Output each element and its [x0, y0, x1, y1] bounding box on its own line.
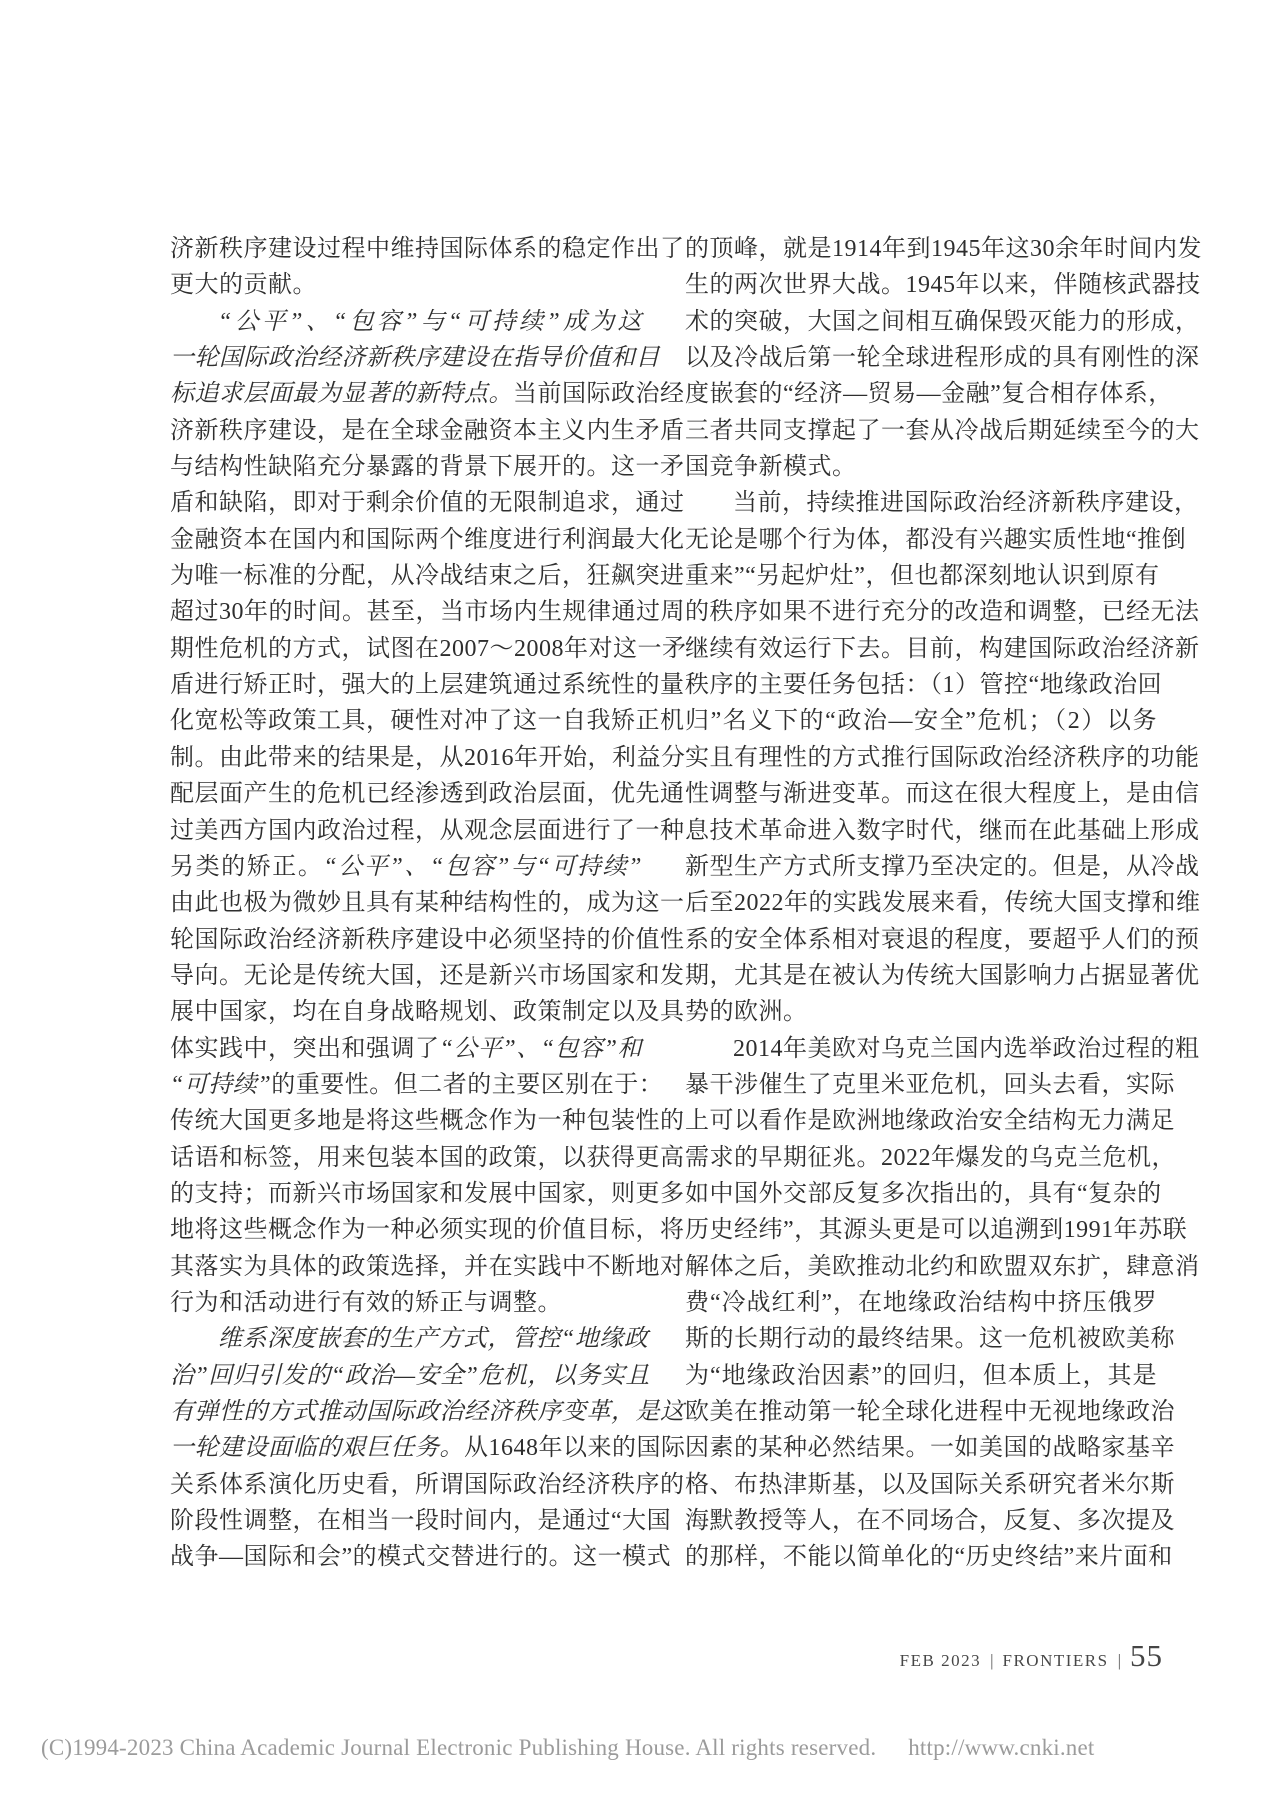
emphasis-text: “公平”、“包容”与“可持续” — [323, 854, 642, 880]
text-line: 济新秩序建设过程中维持国际体系的稳定作出了 — [170, 231, 642, 267]
text-line: 期，尤其是在被认为传统大国影响力占据显著优 — [685, 958, 1157, 994]
text-line: 盾和缺陷，即对于剩余价值的无限制追求，通过 — [170, 485, 642, 521]
text-line: 格、布热津斯基，以及国际关系研究者米尔斯 — [685, 1467, 1157, 1503]
text-line: 话语和标签，用来包装本国的政策，以获得更高 — [170, 1140, 642, 1176]
text-line: 暴干涉催生了克里米亚危机，回头去看，实际 — [685, 1067, 1157, 1103]
text-line: 的那样，不能以简单化的“历史终结”来片面和 — [685, 1539, 1157, 1575]
text-line: 为唯一标准的分配，从冷战结束之后，狂飙突进 — [170, 558, 642, 594]
text-line: 战争—国际和会”的模式交替进行的。这一模式 — [170, 1539, 642, 1575]
text-line: 与结构性缺陷充分暴露的背景下展开的。这一矛 — [170, 449, 642, 485]
text-line: 传统大国更多地是将这些概念作为一种包装性的 — [170, 1103, 642, 1139]
text-line: 盾进行矫正时，强大的上层建筑通过系统性的量 — [170, 667, 642, 703]
body-text: 当前国际政治经 — [513, 381, 685, 407]
text-line: 需求的早期征兆。2022年爆发的乌克兰危机， — [685, 1140, 1157, 1176]
body-text: 另类的矫正。 — [170, 854, 323, 880]
text-line: 三者共同支撑起了一套从冷战后期延续至今的大 — [685, 413, 1157, 449]
text-line: 历史经纬”，其源头更是可以追溯到1991年苏联 — [685, 1212, 1157, 1248]
text-line: 轮国际政治经济新秩序建设中必须坚持的价值性 — [170, 922, 642, 958]
body-text: 从1648年以来的国际 — [464, 1435, 686, 1461]
paragraph: 的顶峰，就是1914年到1945年这30余年时间内发生的两次世界大战。1945年… — [685, 231, 1157, 485]
emphasis-text: “可持续” — [170, 1072, 271, 1098]
text-line: 的秩序如果不进行充分的改造和调整，已经无法 — [685, 594, 1157, 630]
text-line: 以及冷战后第一轮全球进程形成的具有刚性的深 — [685, 340, 1157, 376]
text-line: 地将这些概念作为一种必须实现的价值目标，将 — [170, 1212, 642, 1248]
text-line: 关系体系演化历史看，所谓国际政治经济秩序的 — [170, 1467, 642, 1503]
text-line: 解体之后，美欧推动北约和欧盟双东扩，肆意消 — [685, 1249, 1157, 1285]
text-line: 超过30年的时间。甚至，当市场内生规律通过周 — [170, 594, 642, 630]
text-line: 实且有理性的方式推行国际政治经济秩序的功能 — [685, 740, 1157, 776]
copyright-url: http://www.cnki.net — [908, 1735, 1094, 1760]
text-line: 海默教授等人，在不同场合，反复、多次提及 — [685, 1503, 1157, 1539]
text-line: 欧美在推动第一轮全球化进程中无视地缘政治 — [685, 1394, 1157, 1430]
paragraph: 维系深度嵌套的生产方式，管控“地缘政治”回归引发的“政治—安全”危机，以务实且有… — [170, 1321, 642, 1575]
text-line: 更大的贡献。 — [170, 267, 642, 303]
text-line: 维系深度嵌套的生产方式，管控“地缘政 — [170, 1321, 642, 1357]
text-line: 治”回归引发的“政治—安全”危机，以务实且 — [170, 1358, 642, 1394]
text-line: 一轮国际政治经济新秩序建设在指导价值和目 — [170, 340, 642, 376]
emphasis-text: 标追求层面最为显著的新特点。 — [170, 381, 513, 407]
text-line: 化宽松等政策工具，硬性对冲了这一自我矫正机 — [170, 703, 642, 739]
text-line: 斯的长期行动的最终结果。这一危机被欧美称 — [685, 1321, 1157, 1357]
copyright-notice: (C)1994-2023 China Academic Journal Elec… — [41, 1735, 1095, 1761]
right-column: 的顶峰，就是1914年到1945年这30余年时间内发生的两次世界大战。1945年… — [685, 231, 1157, 1576]
text-line: 阶段性调整，在相当一段时间内，是通过“大国 — [170, 1503, 642, 1539]
emphasis-text: 一轮国际政治经济新秩序建设在指导价值和目 — [170, 345, 660, 371]
text-line: 归”名义下的“政治—安全”危机；（2）以务 — [685, 703, 1157, 739]
emphasis-text: 治”回归引发的“政治—安全”危机，以务实且 — [170, 1363, 650, 1389]
text-line: 继续有效运行下去。目前，构建国际政治经济新 — [685, 631, 1157, 667]
page-footer: FEB 2023 | FRONTIERS | 55 — [900, 1638, 1163, 1674]
footer-journal-name: FRONTIERS — [1003, 1651, 1109, 1671]
text-line: 济新秩序建设，是在全球金融资本主义内生矛盾 — [170, 413, 642, 449]
paragraph: “公平”、“包容”与“可持续”成为这一轮国际政治经济新秩序建设在指导价值和目标追… — [170, 304, 642, 1322]
text-line: 一轮建设面临的艰巨任务。从1648年以来的国际 — [170, 1430, 642, 1466]
text-line: 费“冷战红利”，在地缘政治结构中挤压俄罗 — [685, 1285, 1157, 1321]
text-line: 制。由此带来的结果是，从2016年开始，利益分 — [170, 740, 642, 776]
paragraph: 济新秩序建设过程中维持国际体系的稳定作出了更大的贡献。 — [170, 231, 642, 304]
text-line: 新型生产方式所支撑乃至决定的。但是，从冷战 — [685, 849, 1157, 885]
emphasis-text: “公平”、“包容”和 — [440, 1036, 642, 1062]
text-line: 因素的某种必然结果。一如美国的战略家基辛 — [685, 1430, 1157, 1466]
text-line: 标追求层面最为显著的新特点。当前国际政治经 — [170, 376, 642, 412]
journal-page: 济新秩序建设过程中维持国际体系的稳定作出了更大的贡献。“公平”、“包容”与“可持… — [0, 0, 1281, 1797]
text-line: 秩序的主要任务包括：（1）管控“地缘政治回 — [685, 667, 1157, 703]
text-line: 度嵌套的“经济—贸易—金融”复合相存体系， — [685, 376, 1157, 412]
emphasis-text: “公平”、“包容”与“可持续”成为这 — [218, 309, 642, 335]
text-line: 生的两次世界大战。1945年以来，伴随核武器技 — [685, 267, 1157, 303]
text-line: 上可以看作是欧洲地缘政治安全结构无力满足 — [685, 1103, 1157, 1139]
text-line: 重来”“另起炉灶”，但也都深刻地认识到原有 — [685, 558, 1157, 594]
text-line: 体实践中，突出和强调了“公平”、“包容”和 — [170, 1031, 642, 1067]
footer-separator: | — [990, 1651, 993, 1671]
text-line: 国竞争新模式。 — [685, 449, 1157, 485]
text-line: 势的欧洲。 — [685, 994, 1157, 1030]
text-line: 为“地缘政治因素”的回归，但本质上，其是 — [685, 1358, 1157, 1394]
text-line: 性调整与渐进变革。而这在很大程度上，是由信 — [685, 776, 1157, 812]
text-line: 有弹性的方式推动国际政治经济秩序变革，是这 — [170, 1394, 642, 1430]
body-text: 体实践中，突出和强调了 — [170, 1036, 440, 1062]
text-line: 后至2022年的实践发展来看，传统大国支撑和维 — [685, 885, 1157, 921]
text-line: “可持续”的重要性。但二者的主要区别在于： — [170, 1067, 642, 1103]
page-number: 55 — [1130, 1638, 1163, 1674]
paragraph: 2014年美欧对乌克兰国内选举政治过程的粗暴干涉催生了克里米亚危机，回头去看，实… — [685, 1031, 1157, 1576]
text-line: 金融资本在国内和国际两个维度进行利润最大化 — [170, 522, 642, 558]
left-column: 济新秩序建设过程中维持国际体系的稳定作出了更大的贡献。“公平”、“包容”与“可持… — [170, 231, 642, 1576]
text-line: 另类的矫正。“公平”、“包容”与“可持续” — [170, 849, 642, 885]
text-line: 的支持；而新兴市场国家和发展中国家，则更多 — [170, 1176, 642, 1212]
footer-separator: | — [1118, 1651, 1121, 1671]
emphasis-text: 一轮建设面临的艰巨任务。 — [170, 1435, 464, 1461]
text-line: 无论是哪个行为体，都没有兴趣实质性地“推倒 — [685, 522, 1157, 558]
text-line: 的顶峰，就是1914年到1945年这30余年时间内发 — [685, 231, 1157, 267]
text-line: 过美西方国内政治过程，从观念层面进行了一种 — [170, 813, 642, 849]
text-line: 期性危机的方式，试图在2007～2008年对这一矛 — [170, 631, 642, 667]
text-line: 系的安全体系相对衰退的程度，要超乎人们的预 — [685, 922, 1157, 958]
text-line: 展中国家，均在自身战略规划、政策制定以及具 — [170, 994, 642, 1030]
text-line: 行为和活动进行有效的矫正与调整。 — [170, 1285, 642, 1321]
text-line: “公平”、“包容”与“可持续”成为这 — [170, 304, 642, 340]
paragraph: 当前，持续推进国际政治经济新秩序建设，无论是哪个行为体，都没有兴趣实质性地“推倒… — [685, 485, 1157, 1030]
text-line: 如中国外交部反复多次指出的，具有“复杂的 — [685, 1176, 1157, 1212]
text-line: 2014年美欧对乌克兰国内选举政治过程的粗 — [685, 1031, 1157, 1067]
emphasis-text: 有弹性的方式推动国际政治经济秩序变革，是这 — [170, 1399, 685, 1425]
footer-issue: FEB 2023 — [900, 1651, 981, 1671]
copyright-text: (C)1994-2023 China Academic Journal Elec… — [41, 1735, 876, 1760]
text-line: 息技术革命进入数字时代，继而在此基础上形成 — [685, 813, 1157, 849]
body-text: 的重要性。但二者的主要区别在于： — [271, 1072, 663, 1098]
text-line: 术的突破，大国之间相互确保毁灭能力的形成， — [685, 304, 1157, 340]
text-line: 当前，持续推进国际政治经济新秩序建设， — [685, 485, 1157, 521]
text-line: 由此也极为微妙且具有某种结构性的，成为这一 — [170, 885, 642, 921]
emphasis-text: 维系深度嵌套的生产方式，管控“地缘政 — [218, 1326, 648, 1352]
text-line: 导向。无论是传统大国，还是新兴市场国家和发 — [170, 958, 642, 994]
text-line: 其落实为具体的政策选择，并在实践中不断地对 — [170, 1249, 642, 1285]
text-line: 配层面产生的危机已经渗透到政治层面，优先通 — [170, 776, 642, 812]
